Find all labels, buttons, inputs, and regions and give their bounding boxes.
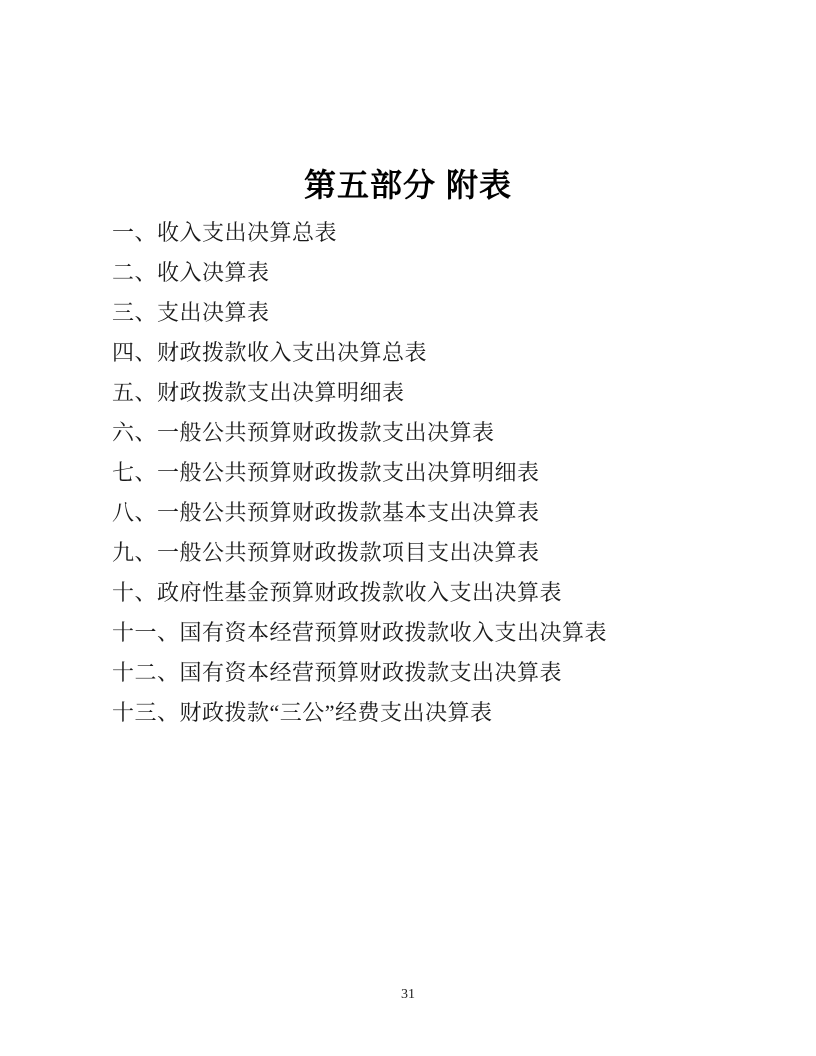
list-item: 十、政府性基金预算财政拨款收入支出决算表 — [112, 573, 776, 613]
list-item: 九、一般公共预算财政拨款项目支出决算表 — [112, 533, 776, 573]
list-item: 四、财政拨款收入支出决算总表 — [112, 333, 776, 373]
page-title: 第五部分 附表 — [0, 0, 816, 204]
list-item: 六、一般公共预算财政拨款支出决算表 — [112, 413, 776, 453]
list-item: 十一、国有资本经营预算财政拨款收入支出决算表 — [112, 613, 776, 653]
list-item: 二、收入决算表 — [112, 253, 776, 293]
list-item: 一、收入支出决算总表 — [112, 213, 776, 253]
document-page: 第五部分 附表 一、收入支出决算总表 二、收入决算表 三、支出决算表 四、财政拨… — [0, 0, 816, 1056]
list-item: 八、一般公共预算财政拨款基本支出决算表 — [112, 493, 776, 533]
list-item: 十三、财政拨款“三公”经费支出决算表 — [112, 693, 776, 733]
list-item: 七、一般公共预算财政拨款支出决算明细表 — [112, 453, 776, 493]
page-number: 31 — [0, 987, 816, 1003]
list-item: 十二、国有资本经营预算财政拨款支出决算表 — [112, 653, 776, 693]
list-item: 五、财政拨款支出决算明细表 — [112, 373, 776, 413]
table-list: 一、收入支出决算总表 二、收入决算表 三、支出决算表 四、财政拨款收入支出决算总… — [0, 213, 816, 733]
list-item: 三、支出决算表 — [112, 293, 776, 333]
